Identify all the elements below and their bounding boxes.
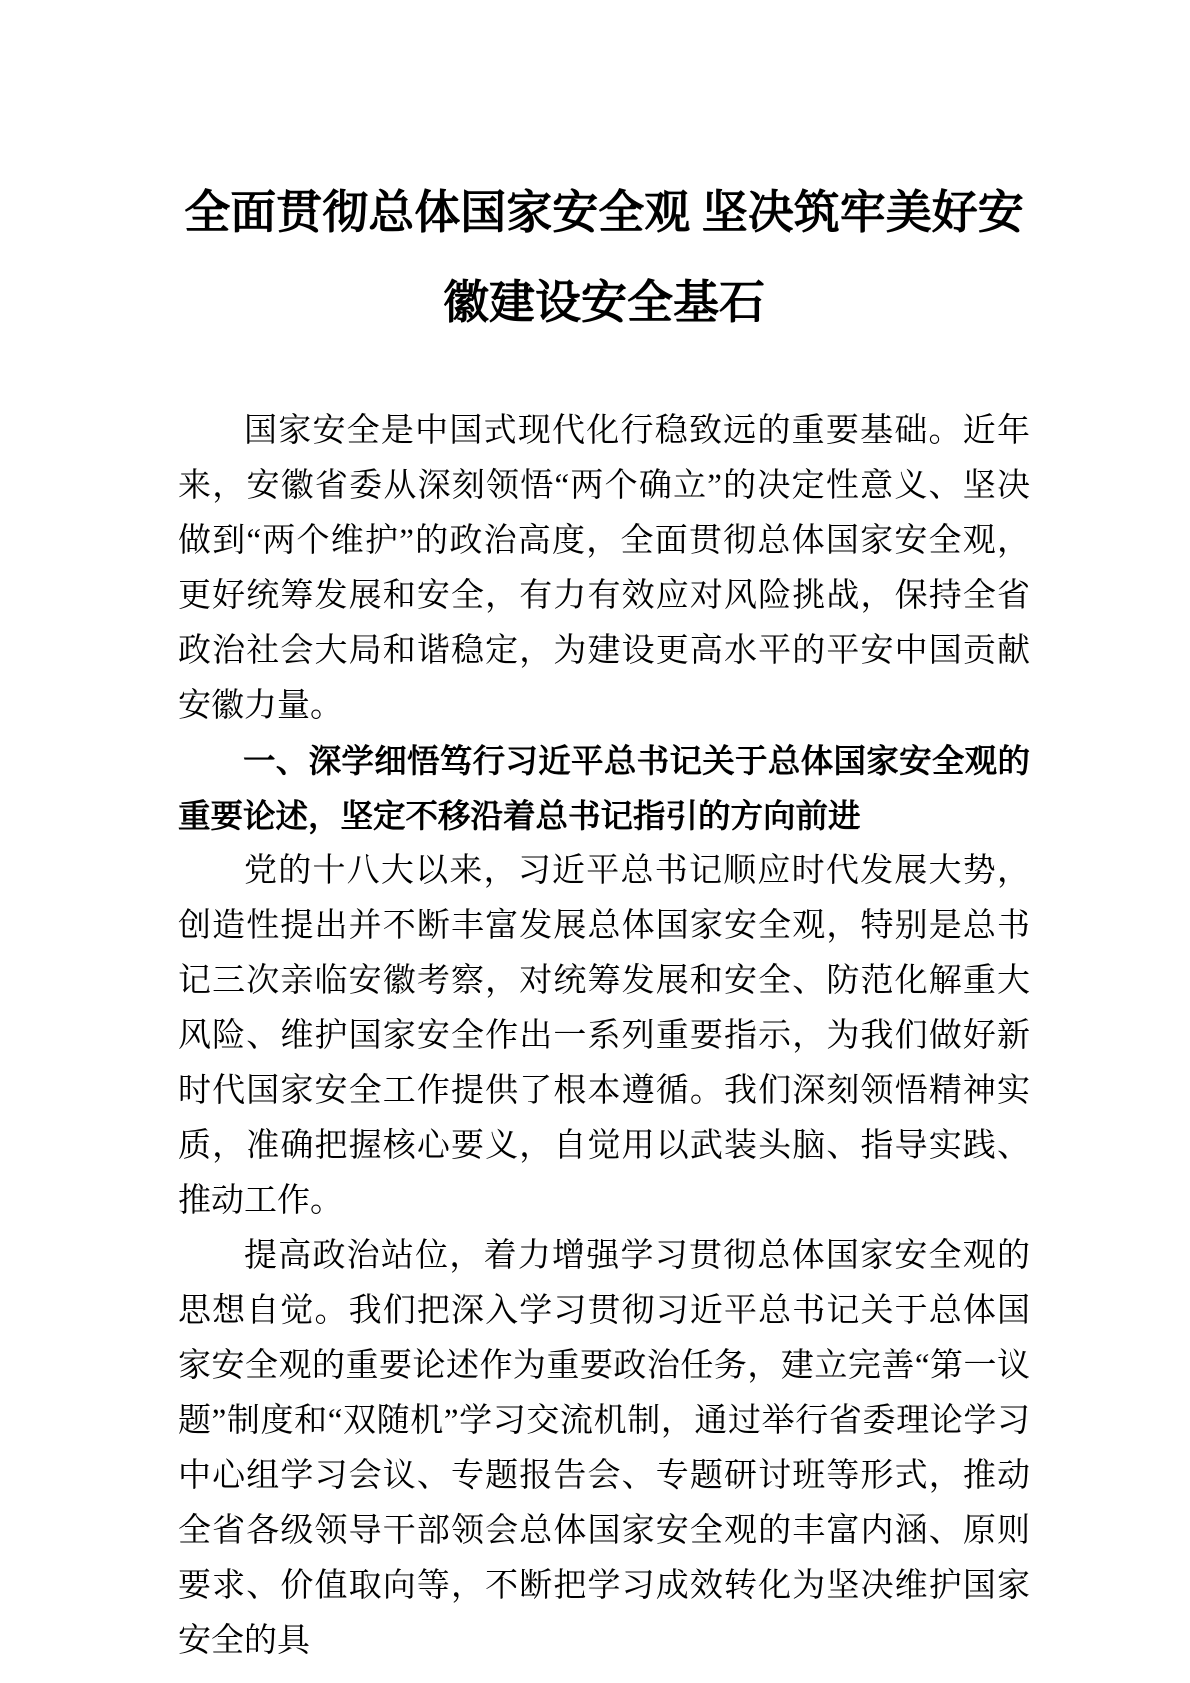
- document-title: 全面贯彻总体国家安全观 坚决筑牢美好安徽建设安全基石: [178, 168, 1030, 348]
- document-page: 全面贯彻总体国家安全观 坚决筑牢美好安徽建设安全基石 国家安全是中国式现代化行稳…: [0, 0, 1190, 1683]
- document-content: 全面贯彻总体国家安全观 坚决筑牢美好安徽建设安全基石 国家安全是中国式现代化行稳…: [178, 168, 1030, 1669]
- paragraph-section1-1: 党的十八大以来，习近平总书记顺应时代发展大势，创造性提出并不断丰富发展总体国家安…: [178, 844, 1030, 1229]
- paragraph-section1-2: 提高政治站位，着力增强学习贯彻总体国家安全观的思想自觉。我们把深入学习贯彻习近平…: [178, 1229, 1030, 1669]
- paragraph-intro: 国家安全是中国式现代化行稳致远的重要基础。近年来，安徽省委从深刻领悟“两个确立”…: [178, 404, 1030, 734]
- section-heading-1: 一、深学细悟笃行习近平总书记关于总体国家安全观的重要论述，坚定不移沿着总书记指引…: [178, 734, 1030, 844]
